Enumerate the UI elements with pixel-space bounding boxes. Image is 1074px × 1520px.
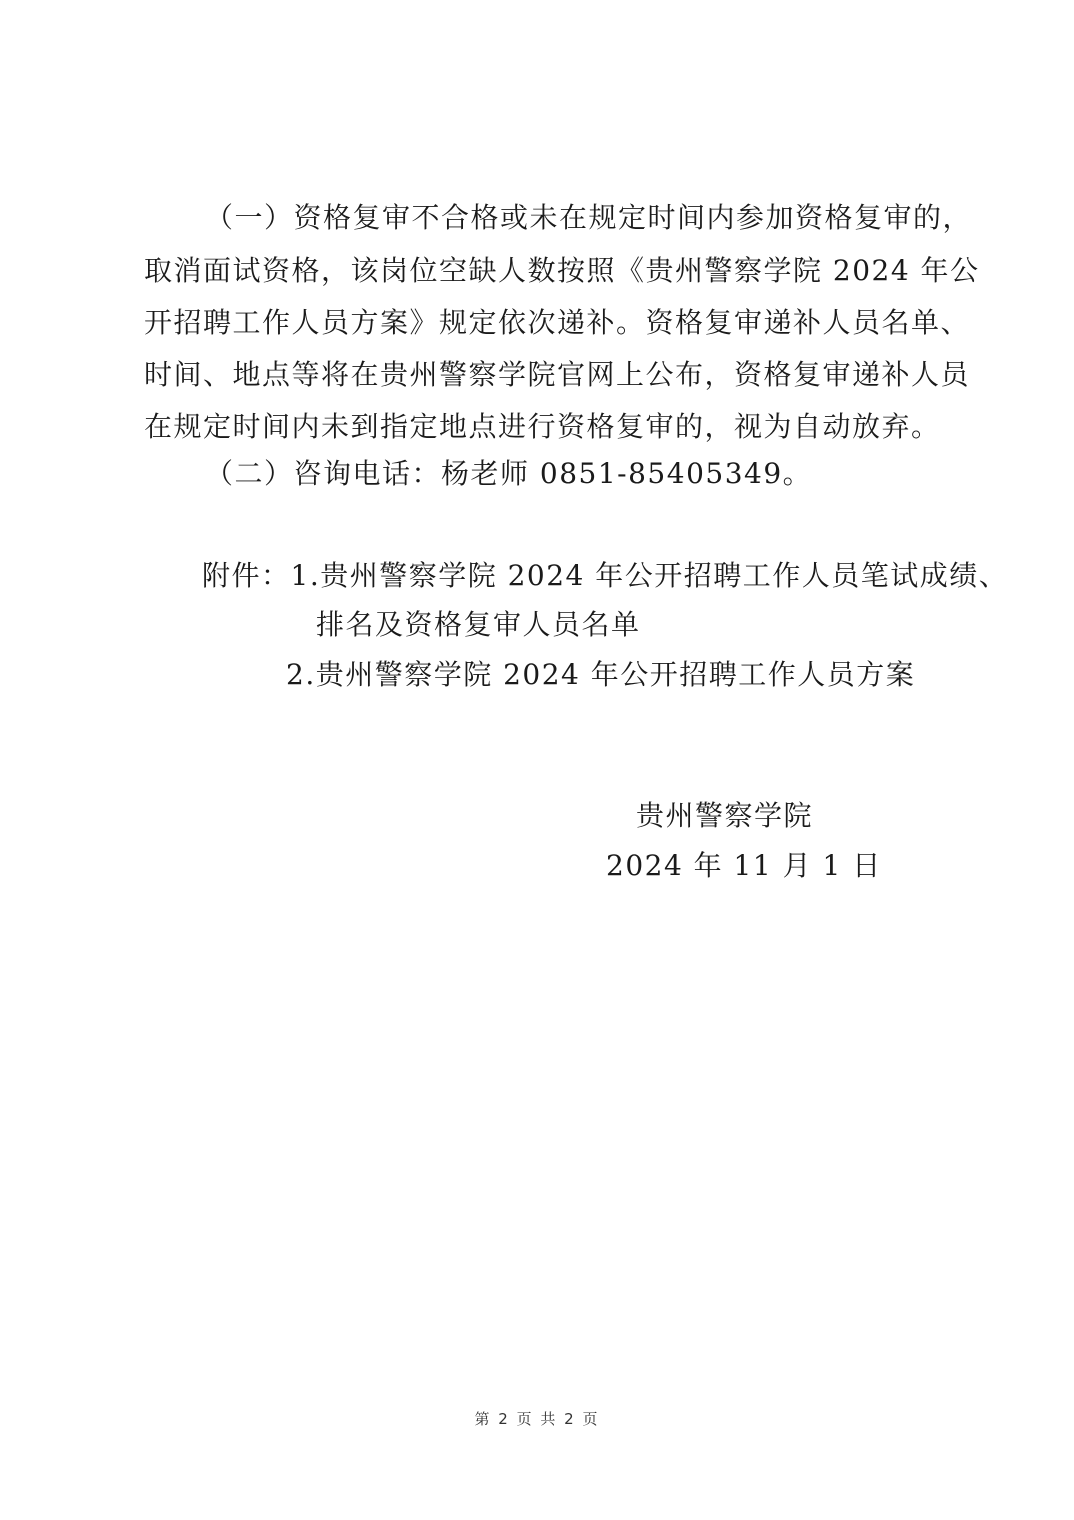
attachment-1-line-2: 排名及资格复审人员名单 xyxy=(316,607,641,643)
paragraph-1-line-2: 取消面试资格，该岗位空缺人数按照《贵州警察学院 2024 年公 xyxy=(144,253,980,289)
attachment-1-line-1: 附件：1.贵州警察学院 2024 年公开招聘工作人员笔试成绩、 xyxy=(202,558,1008,594)
paragraph-1-line-5: 在规定时间内未到指定地点进行资格复审的，视为自动放弃。 xyxy=(144,409,941,445)
contact-phone-line: （二）咨询电话：杨老师 0851-85405349。 xyxy=(205,456,812,492)
page-indicator: 第 2 页 共 2 页 xyxy=(0,1408,1074,1429)
paragraph-1-line-4: 时间、地点等将在贵州警察学院官网上公布，资格复审递补人员 xyxy=(144,357,970,393)
paragraph-1-line-3: 开招聘工作人员方案》规定依次递补。资格复审递补人员名单、 xyxy=(144,305,970,341)
signature-date: 2024 年 11 月 1 日 xyxy=(606,848,882,884)
attachment-2-line: 2.贵州警察学院 2024 年公开招聘工作人员方案 xyxy=(286,657,915,693)
signature-organization: 贵州警察学院 xyxy=(636,798,813,834)
paragraph-1-line-1: （一）资格复审不合格或未在规定时间内参加资格复审的， xyxy=(205,200,972,236)
